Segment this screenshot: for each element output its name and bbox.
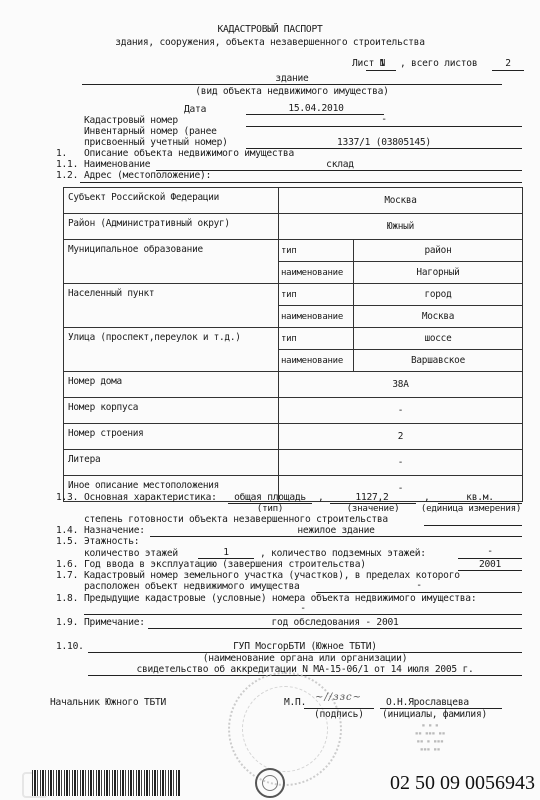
characteristic-type: общая площадь [228, 492, 312, 503]
position-title: Начальник Южного ТБТИ [50, 697, 166, 708]
sheet-number: 1 [368, 58, 396, 69]
house-label: Номер дома [64, 372, 279, 398]
cadastral-number-line [246, 126, 522, 127]
hologram-seal-icon [255, 768, 285, 798]
total-sheets-label: , всего листов [400, 58, 477, 69]
subject-value: Москва [279, 188, 523, 214]
section-1-4-label: Назначение: [84, 525, 145, 536]
organization-caption: (наименование органа или организации) [88, 653, 522, 664]
table-row-litera: Литера - [64, 450, 523, 476]
locality-name-label: наименование [279, 306, 354, 328]
total-sheets-line [492, 70, 524, 71]
table-row-street-type: Улица (проспект,переулок и т.д.) тип шос… [64, 328, 523, 350]
land-cadastral-value: - [316, 580, 522, 591]
previous-numbers-value: - [84, 603, 522, 614]
note-value: год обследования - 2001 [148, 617, 522, 628]
section-1-7-number: 1.7. [56, 570, 78, 581]
table-row-subject: Субъект Российской Федерации Москва [64, 188, 523, 214]
section-1-4-number: 1.4. [56, 525, 78, 536]
name-value: склад [158, 159, 522, 170]
inventory-number-label-1: Инвентарный номер (ранее [84, 126, 217, 137]
section-1-3-label: Основная характеристика: [84, 492, 217, 503]
section-1-number: 1. [56, 148, 67, 159]
table-row-house: Номер дома 38А [64, 372, 523, 398]
signer-name: О.Н.Ярославцева [380, 697, 522, 708]
municipal-type-label: тип [279, 240, 354, 262]
unit-caption: (единица измерения) [418, 503, 524, 514]
table-row-building: Номер строения 2 [64, 424, 523, 450]
section-1-5-number: 1.5. [56, 536, 78, 547]
section-1-6-label: Год ввода в эксплуатацию (завершения стр… [84, 559, 366, 570]
section-1-8-number: 1.8. [56, 593, 78, 604]
document-title: КАДАСТРОВЫЙ ПАСПОРТ [0, 24, 540, 35]
section-1-10-number: 1.10. [56, 641, 84, 652]
section-1-9-number: 1.9. [56, 617, 78, 628]
section-1-3-number: 1.3. [56, 492, 78, 503]
subject-label: Субъект Российской Федерации [64, 188, 279, 214]
purpose-value: нежилое здание [150, 525, 522, 536]
total-sheets: 2 [494, 58, 522, 69]
accreditation-text: свидетельство об аккредитации N МА-15-06… [88, 664, 522, 675]
street-name-value: Варшавское [354, 350, 523, 372]
locality-label: Населенный пункт [64, 284, 279, 328]
note-line [148, 628, 522, 629]
municipal-type-value: район [354, 240, 523, 262]
district-value: Южный [279, 214, 523, 240]
cadastral-number-value: - [246, 114, 522, 125]
street-type-value: шоссе [354, 328, 523, 350]
barcode-icon [32, 770, 180, 796]
previous-numbers-line [84, 614, 522, 615]
street-label: Улица (проспект,переулок и т.д.) [64, 328, 279, 372]
sheet-number-line [366, 70, 396, 71]
section-1-2-label: Адрес (местоположение): [84, 170, 211, 181]
floors-value: 1 [198, 547, 254, 558]
signer-name-caption: (инициалы, фамилия) [382, 709, 487, 720]
signature-mark: ~//ззс~ [315, 692, 362, 703]
round-stamp-icon [228, 672, 342, 786]
characteristic-value: 1127,2 [330, 492, 414, 503]
underground-floors-value: - [458, 546, 522, 557]
district-label: Район (Административный округ) [64, 214, 279, 240]
section-1-5-label: Этажность: [84, 536, 139, 547]
serial-number: 02 50 09 0056943 [390, 772, 535, 795]
object-type-value: здание [82, 73, 502, 84]
municipal-label: Муниципальное образование [64, 240, 279, 284]
litera-label: Литера [64, 450, 279, 476]
floors-label: количество этажей [84, 548, 178, 559]
characteristic-unit: кв.м. [440, 492, 520, 503]
section-1-2-number: 1.2. [56, 170, 78, 181]
section-1-7-label-2: расположен объект недвижимого имущества [84, 581, 300, 592]
section-1-1-number: 1.1. [56, 159, 78, 170]
korpus-value: - [279, 398, 523, 424]
year-built-line [458, 570, 522, 571]
underground-floors-label: , количество подземных этажей: [260, 548, 426, 559]
table-row-korpus: Номер корпуса - [64, 398, 523, 424]
litera-value: - [279, 450, 523, 476]
building-label: Номер строения [64, 424, 279, 450]
table-row-municipal-type: Муниципальное образование тип район [64, 240, 523, 262]
locality-type-label: тип [279, 284, 354, 306]
table-row-locality-type: Населенный пункт тип город [64, 284, 523, 306]
object-type-line [82, 84, 502, 85]
section-1-1-label: Наименование [84, 159, 150, 170]
comma-separator: , [318, 492, 324, 503]
faint-stamp-text-icon: ▪ ▪ ▪▪▪ ▪▪▪ ▪▪▪▪ ▪ ▪▪▪▪▪▪ ▪▪ [395, 722, 465, 754]
mp-label: М.П. [284, 697, 306, 708]
comma-separator: , [424, 492, 430, 503]
korpus-label: Номер корпуса [64, 398, 279, 424]
inventory-number-value: 1337/1 (03805145) [246, 137, 522, 148]
year-built-value: 2001 [458, 559, 522, 570]
organization-value: ГУП МосгорБТИ (Южное ТБТИ) [88, 641, 522, 652]
object-type-caption: (вид объекта недвижимого имущества) [82, 86, 502, 97]
section-1-6-number: 1.6. [56, 559, 78, 570]
value-caption: (значение) [330, 503, 416, 514]
section-1-9-label: Примечание: [84, 617, 145, 628]
street-name-label: наименование [279, 350, 354, 372]
address-table: Субъект Российской Федерации Москва Райо… [63, 187, 523, 502]
purpose-line [150, 536, 522, 537]
municipal-name-label: наименование [279, 262, 354, 284]
municipal-name-value: Нагорный [354, 262, 523, 284]
section-1-label: Описание объекта недвижимого имущества [84, 148, 294, 159]
signature-caption: (подпись) [314, 709, 364, 720]
date-value: 15.04.2010 [246, 103, 386, 114]
locality-name-value: Москва [354, 306, 523, 328]
date-label: Дата [184, 104, 206, 115]
house-value: 38А [279, 372, 523, 398]
table-row-district: Район (Административный округ) Южный [64, 214, 523, 240]
document-subtitle: здания, сооружения, объекта незавершенно… [0, 37, 540, 48]
address-line [80, 182, 522, 183]
street-type-label: тип [279, 328, 354, 350]
locality-type-value: город [354, 284, 523, 306]
inventory-number-label-2: присвоенный учетный номер) [84, 137, 228, 148]
readiness-label: степень готовности объекта незавершенног… [84, 514, 388, 525]
cadastral-number-label: Кадастровый номер [84, 115, 178, 126]
type-caption: (тип) [228, 503, 312, 514]
building-value: 2 [279, 424, 523, 450]
